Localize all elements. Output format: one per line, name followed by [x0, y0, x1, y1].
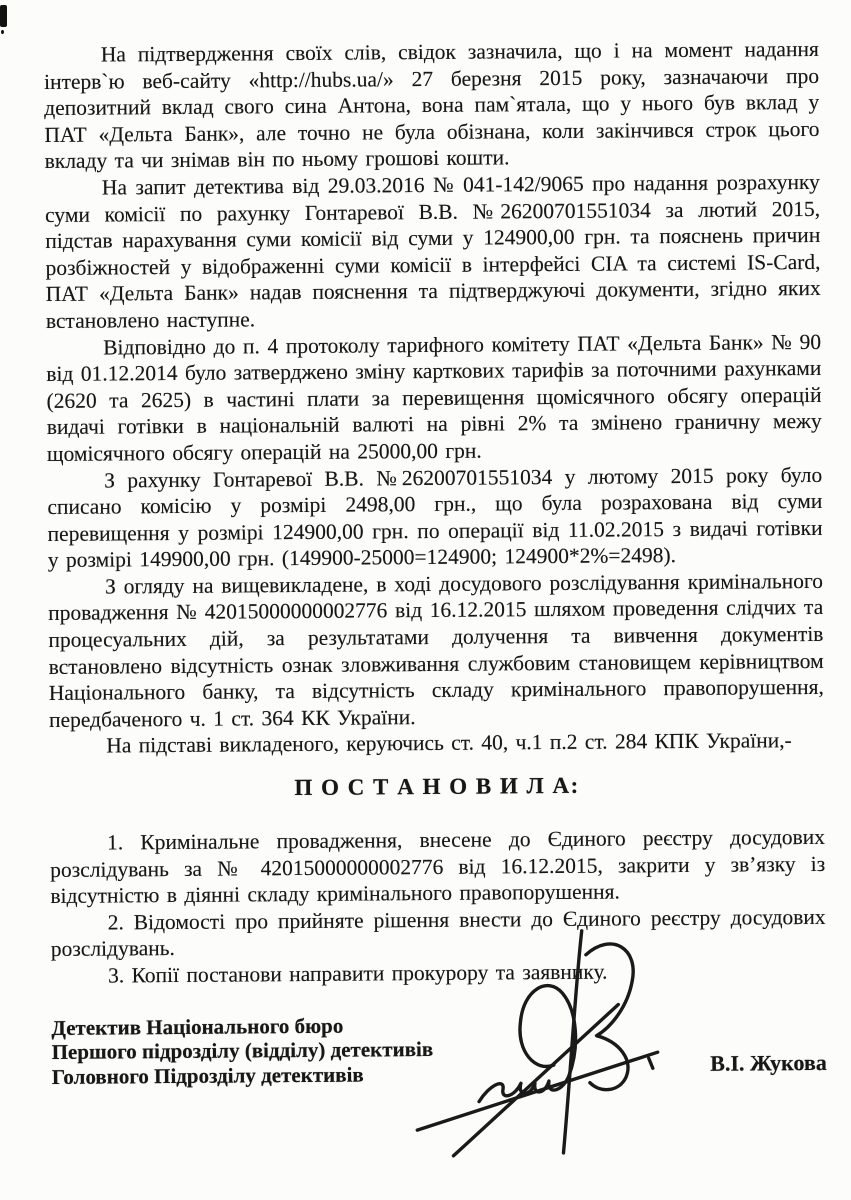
document-page: На підтвердження своїх слів, свідок зазн…: [0, 0, 851, 1200]
resolution-item: 1. Кримінальне провадження, внесене до Є…: [50, 824, 826, 910]
resolution-heading: П О С Т А Н О В И Л А:: [50, 771, 825, 803]
body-paragraph: Відповідно до п. 4 протоколу тарифного к…: [46, 328, 822, 467]
scan-artifact-mark: [0, 5, 7, 27]
body-paragraph: На запит детектива від 29.03.2016 № 041-…: [45, 169, 821, 335]
signature-block: Детектив Національного бюро Першого підр…: [51, 1009, 827, 1165]
body-paragraph: З рахунку Гонтаревої В.В. №2620070155103…: [47, 461, 823, 573]
scan-artifact-speck: [1, 30, 4, 34]
body-paragraph: З огляду на вищевикладене, в ході досудо…: [48, 568, 824, 734]
signatory-name: В.І. Жукова: [710, 1049, 827, 1076]
body-paragraph: На підтвердження своїх слів, свідок зазн…: [44, 36, 820, 175]
body-paragraph: На підставі викладеного, керуючись ст. 4…: [49, 727, 824, 760]
resolution-item: 2. Відомості про прийняте рішення внести…: [51, 904, 826, 963]
resolution-item: 3. Копії постанови направити прокурору т…: [51, 957, 826, 990]
